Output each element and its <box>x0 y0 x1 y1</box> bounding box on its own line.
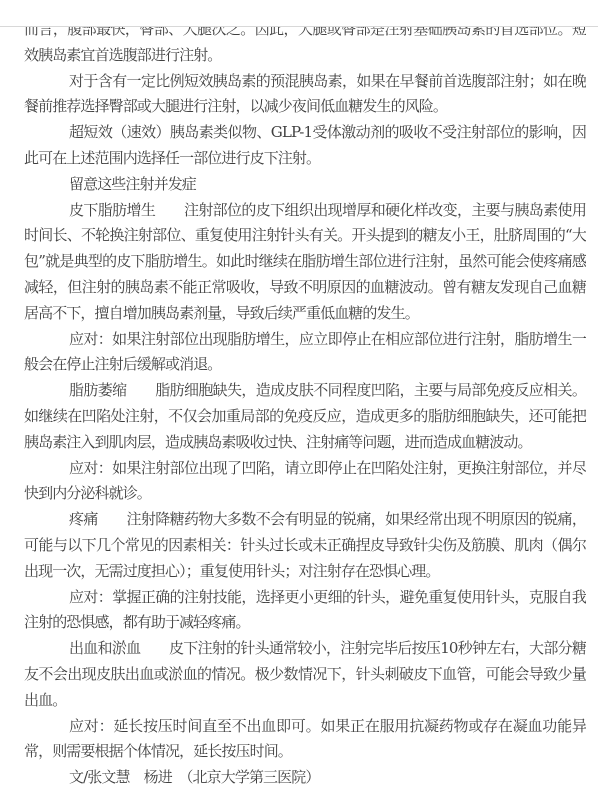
para-premixed-insulin-sites: 对于含有一定比例短效胰岛素的预混胰岛素，如果在早餐前首选腹部注射；如在晚餐前推荐… <box>24 69 586 121</box>
document-page: 而言，腹部最快，臀部、大腿次之。因此，大腿或臀部是注射基础胰岛素的首选部位。短效… <box>0 0 598 801</box>
para-lipohypertrophy: 皮下脂肪增生 注射部位的皮下组织出现增厚和硬化样改变，主要与胰岛素使用时间长、不… <box>24 198 586 327</box>
para-lipohypertrophy-response: 应对：如果注射部位出现脂肪增生，应立即停止在相应部位进行注射，脂肪增生一般会在停… <box>24 327 586 379</box>
para-lipoatrophy-response: 应对：如果注射部位出现了凹陷，请立即停止在凹陷处注射，更换注射部位，并尽快到内分… <box>24 456 586 508</box>
para-pain-response: 应对：掌握正确的注射技能，选择更小更细的针头，避免重复使用针头，克服自我注射的恐… <box>24 585 586 637</box>
para-lipoatrophy: 脂肪萎缩 脂肪细胞缺失，造成皮肤不同程度凹陷，主要与局部免疫反应相关。如继续在凹… <box>24 378 586 455</box>
para-bleeding-response: 应对：延长按压时间直至不出血即可。如果正在服用抗凝药物或存在凝血功能异常，则需要… <box>24 714 586 766</box>
para-pain: 疼痛 注射降糖药物大多数不会有明显的锐痛，如果经常出现不明原因的锐痛，可能与以下… <box>24 507 586 584</box>
para-rapid-acting-analogs: 超短效（速效）胰岛素类似物、GLP-1受体激动剂的吸收不受注射部位的影响，因此可… <box>24 120 586 172</box>
subheading-injection-complications: 留意这些注射并发症 <box>24 172 586 198</box>
para-bleeding-bruising: 出血和淤血 皮下注射的针头通常较小，注射完毕后按压10秒钟左右，大部分糖友不会出… <box>24 636 586 713</box>
document-text-flow: 而言，腹部最快，臀部、大腿次之。因此，大腿或臀部是注射基础胰岛素的首选部位。短效… <box>24 27 586 791</box>
byline-authors: 文/张文慧 杨进 （北京大学第三医院） <box>24 765 586 791</box>
document-content: 而言，腹部最快，臀部、大腿次之。因此，大腿或臀部是注射基础胰岛素的首选部位。短效… <box>24 27 586 801</box>
para-site-absorption-continuation: 而言，腹部最快，臀部、大腿次之。因此，大腿或臀部是注射基础胰岛素的首选部位。短效… <box>24 27 586 69</box>
